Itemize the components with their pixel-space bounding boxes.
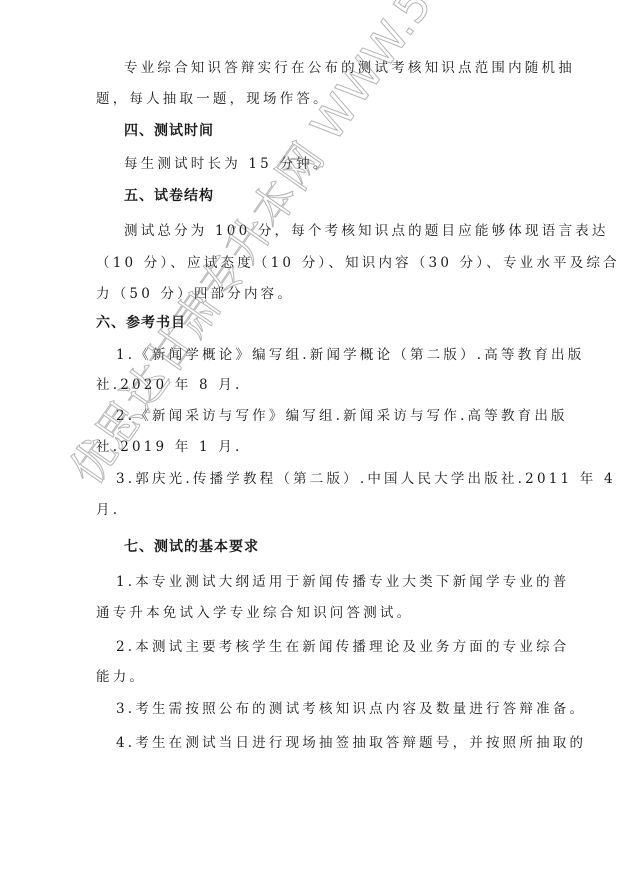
- paragraph-line: 3.郭庆光.传播学教程（第二版）.中国人民大学出版社.2011 年 4: [116, 470, 546, 488]
- paragraph-line: 1.本专业测试大纲适用于新闻传播专业大类下新闻学专业的普: [116, 573, 546, 591]
- paragraph-line: 1.《新闻学概论》编写组.新闻学概论（第二版）.高等教育出版: [116, 346, 546, 364]
- paragraph-line: 测试总分为 100 分，每个考核知识点的题目应能够体现语言表达: [124, 222, 529, 240]
- paragraph-line: （10 分）、应试态度（10 分）、知识内容（30 分）、专业水平及综合能: [96, 254, 526, 272]
- document-page: 专业综合知识答辩实行在公布的测试考核知识点范围内随机抽题，每人抽取一题，现场作答…: [0, 0, 620, 876]
- paragraph-line: 题，每人抽取一题，现场作答。: [96, 90, 526, 108]
- paragraph-line: 3.考生需按照公布的测试考核知识点内容及数量进行答辩准备。: [116, 700, 546, 718]
- paragraph-line: 社.2020 年 8 月.: [96, 376, 526, 394]
- paragraph-line: 2.《新闻采访与写作》编写组.新闻采访与写作.高等教育出版: [116, 407, 546, 425]
- paragraph-line: 专业综合知识答辩实行在公布的测试考核知识点范围内随机抽: [124, 59, 529, 77]
- section-heading: 七、测试的基本要求: [124, 538, 529, 556]
- paragraph-line: 社.2019 年 1 月.: [96, 438, 526, 456]
- paragraph-line: 力（50 分）四部分内容。: [96, 285, 526, 303]
- paragraph-line: 能力。: [96, 668, 526, 686]
- paragraph-line: 每生测试时长为 15 分钟。: [124, 155, 529, 173]
- paragraph-line: 2.本测试主要考核学生在新闻传播理论及业务方面的专业综合: [116, 638, 546, 656]
- section-heading: 四、测试时间: [124, 122, 529, 140]
- section-heading: 六、参考书目: [96, 314, 526, 332]
- paragraph-line: 通专升本免试入学专业综合知识问答测试。: [96, 604, 526, 622]
- paragraph-line: 月.: [96, 501, 526, 519]
- section-heading: 五、试卷结构: [124, 187, 529, 205]
- paragraph-line: 4.考生在测试当日进行现场抽签抽取答辩题号，并按照所抽取的: [116, 734, 546, 752]
